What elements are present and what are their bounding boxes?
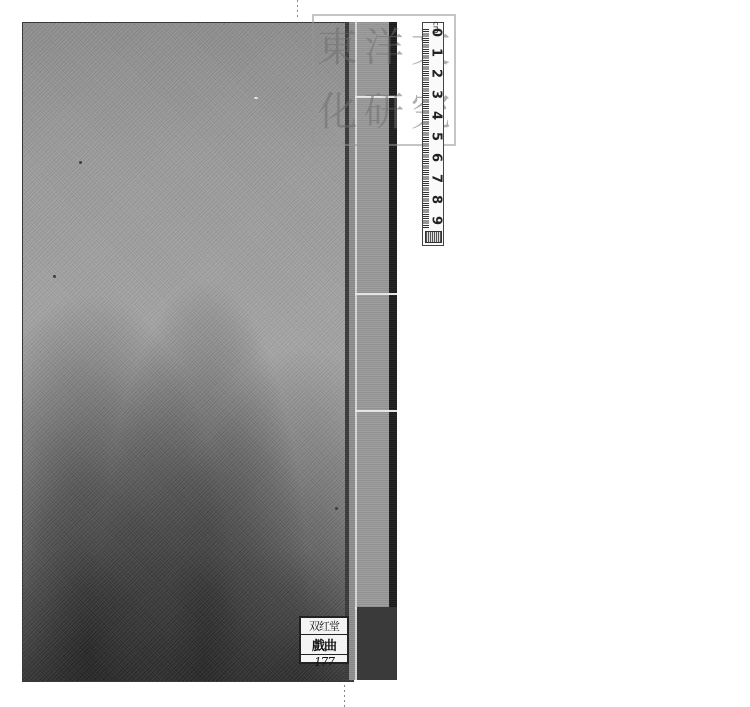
label-collection: 双红堂 (301, 618, 347, 635)
ruler-number: 9 (429, 214, 444, 228)
ruler-number: 6 (429, 151, 444, 165)
speck (335, 507, 338, 510)
guide-mark-top (297, 0, 298, 20)
book-cover (22, 22, 354, 682)
speck (254, 97, 258, 99)
binding-stitch (355, 410, 397, 412)
seal-char: 洋 (361, 28, 408, 68)
seal-char: 化 (314, 92, 361, 132)
guide-mark-bottom (344, 680, 345, 707)
scanned-page: 東 洋 文 化 研 究 cm 0 1 2 3 4 5 6 7 8 9 双红堂 戲… (0, 0, 750, 707)
ruler-number: 8 (429, 193, 444, 207)
seal-char: 東 (314, 28, 361, 68)
speck (53, 275, 56, 278)
binding-stitch (355, 293, 397, 295)
seal-char: 研 (361, 92, 408, 132)
label-number: 177 (301, 655, 347, 669)
speck (79, 161, 82, 164)
ruler-end-mark (425, 231, 442, 243)
spine-corner (357, 607, 397, 680)
ruler-number: 0 (429, 26, 444, 40)
measurement-ruler: cm 0 1 2 3 4 5 6 7 8 9 (422, 22, 444, 246)
ruler-number: 1 (429, 46, 444, 60)
ruler-number: 5 (429, 130, 444, 144)
ruler-number: 7 (429, 172, 444, 186)
ruler-number: 2 (429, 67, 444, 81)
shelf-label: 双红堂 戲曲 177 (299, 616, 349, 664)
label-category: 戲曲 (301, 635, 347, 655)
ruler-number: 4 (429, 109, 444, 123)
ruler-number: 3 (429, 88, 444, 102)
